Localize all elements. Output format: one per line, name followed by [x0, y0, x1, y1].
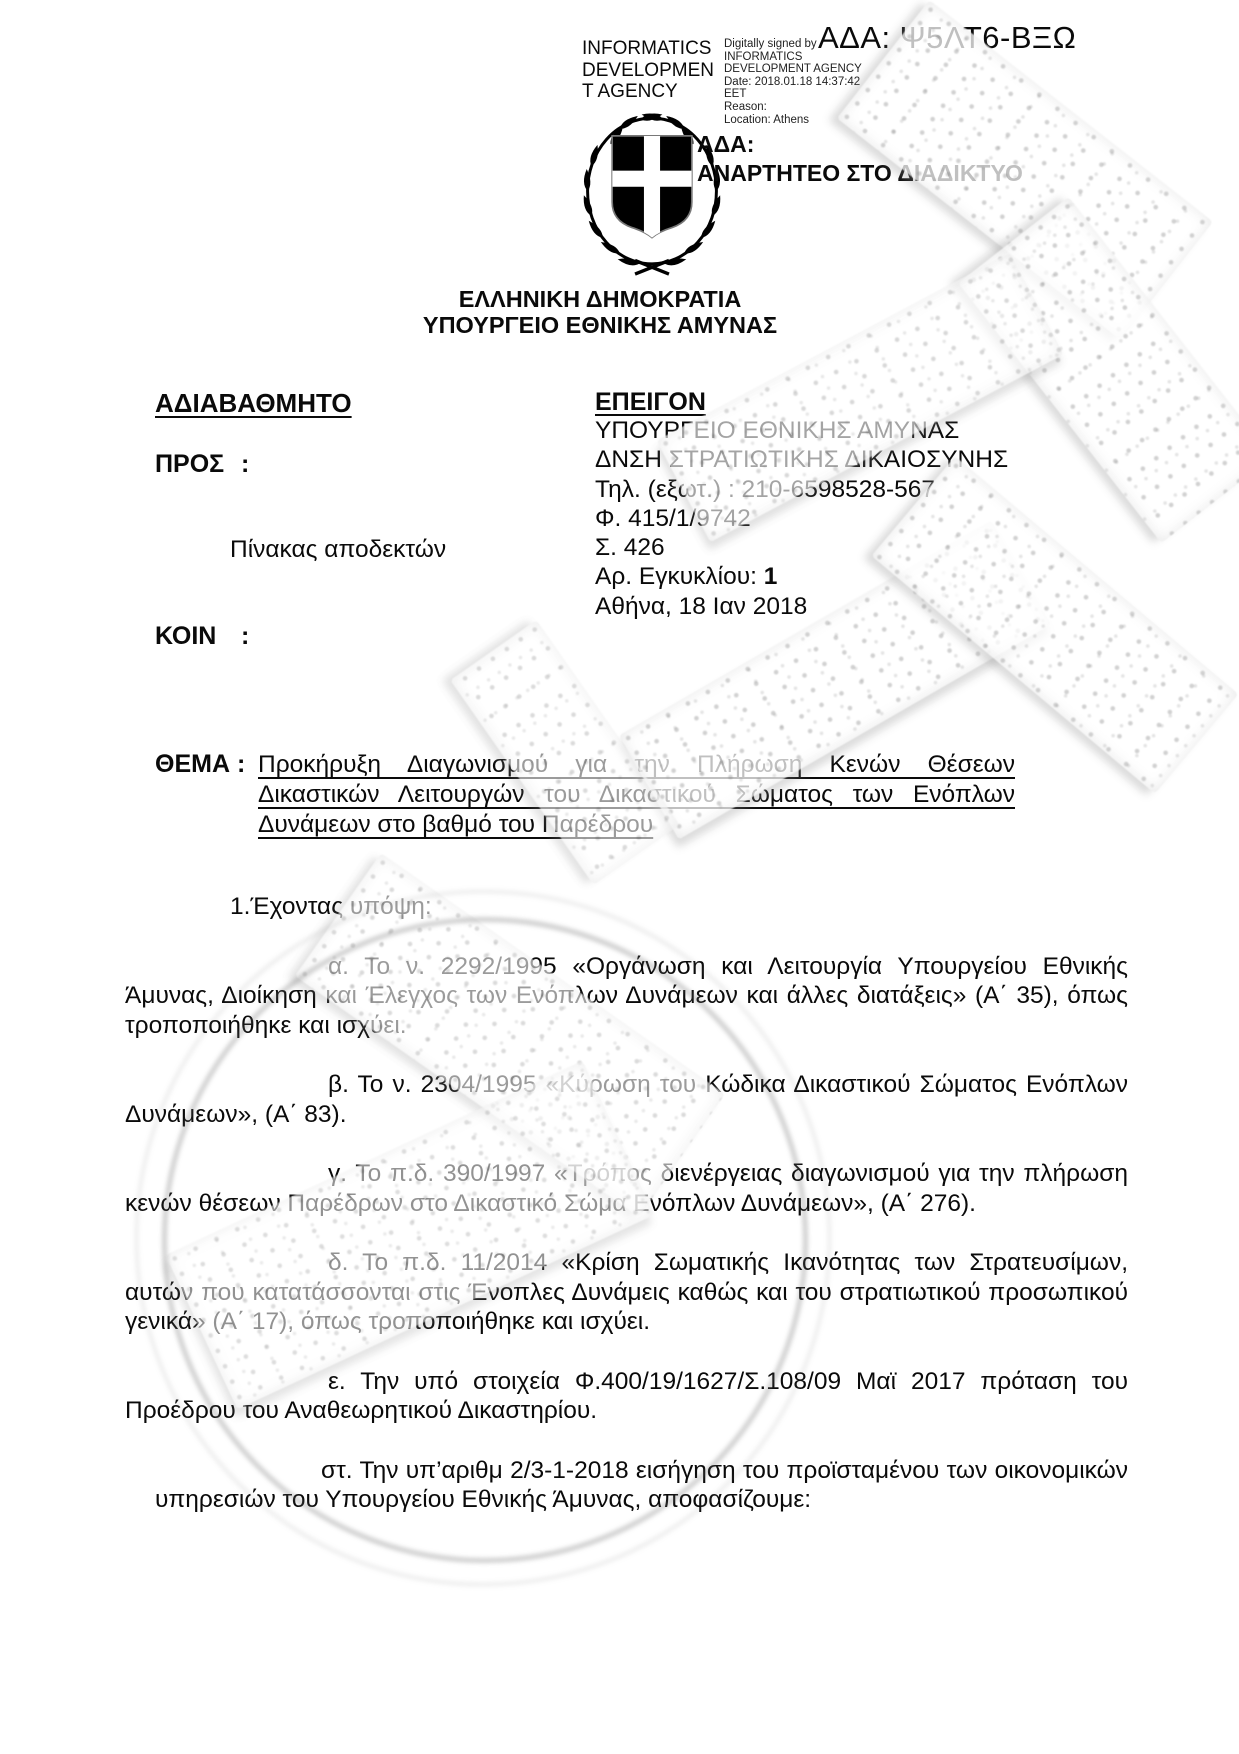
sender-info-block: ΥΠΟΥΡΓΕΙΟ ΕΘΝΙΚΗΣ ΑΜΥΝΑΣ ΔΝΣΗ ΣΤΡΑΤΙΩΤΙΚ…: [595, 416, 1008, 621]
body-paragraph-d: δ. Το π.δ. 11/2014 «Κρίση Σωματικής Ικαν…: [125, 1248, 1128, 1337]
circular-number-value: 1: [764, 563, 778, 590]
to-colon: :: [241, 450, 249, 478]
body-paragraph-c: γ. Το π.δ. 390/1997 «Τρόπος διενέργειας …: [125, 1159, 1128, 1218]
body-paragraph-a: α. Το ν. 2292/1995 «Οργάνωση και Λειτουρ…: [125, 952, 1128, 1041]
sender-ministry: ΥΠΟΥΡΓΕΙΟ ΕΘΝΙΚΗΣ ΑΜΥΝΑΣ: [595, 416, 1008, 445]
serial-number: Σ. 426: [595, 533, 1008, 562]
date-line: Αθήνα, 18 Ιαν 2018: [595, 592, 1008, 621]
cc-label: ΚΟΙΝ:: [155, 622, 249, 651]
signature-details: Digitally signed by INFORMATICS DEVELOPM…: [724, 38, 862, 126]
subject-label: ΘΕΜΑ:: [155, 750, 245, 779]
subject-colon: :: [237, 750, 245, 778]
sender-phone: Τηλ. (εξωτ.) : 210-6598528-567: [595, 475, 1008, 504]
to-label: ΠΡΟΣ:: [155, 450, 249, 479]
body-intro: 1.Έχοντας υπόψη:: [125, 892, 1128, 922]
greek-coat-of-arms-icon: [566, 102, 738, 280]
document-page: ΑΔΑ: Ψ5ΛΤ6-ΒΞΩ INFORMATICS DEVELOPMEN T …: [0, 0, 1239, 1754]
circular-number-label: Αρ. Εγκυκλίου:: [595, 563, 757, 590]
publish-notice-text: ΑΝΑΡΤΗΤΕΟ ΣΤΟ ΔΙΑΔΙΚΤΥΟ: [697, 159, 1023, 188]
cc-colon: :: [241, 622, 249, 650]
subject-text: Προκήρυξη Διαγωνισμού για την Πλήρωση Κε…: [258, 750, 1015, 840]
sender-directorate: ΔΝΣΗ ΣΤΡΑΤΙΩΤΙΚΗΣ ΔΙΚΑΙΟΣΥΝΗΣ: [595, 445, 1008, 474]
circular-number-line: Αρ. Εγκυκλίου: 1: [595, 562, 1008, 591]
file-number: Φ. 415/1/9742: [595, 504, 1008, 533]
classification-label: ΑΔΙΑΒΑΘΜΗΤΟ: [155, 388, 352, 419]
body-paragraph-e: ε. Την υπό στοιχεία Φ.400/19/1627/Σ.108/…: [125, 1367, 1128, 1426]
publish-notice-block: ΑΔΑ: ΑΝΑΡΤΗΤΕΟ ΣΤΟ ΔΙΑΔΙΚΤΥΟ: [697, 130, 1023, 188]
urgency-label: ΕΠΕΙΓΟΝ: [595, 388, 706, 417]
republic-title: ΕΛΛΗΝΙΚΗ ΔΗΜΟΚΡΑΤΙΑ: [375, 286, 825, 312]
body-paragraph-b: β. Το ν. 2304/1995 «Κύρωση του Κώδικα Δι…: [125, 1070, 1128, 1129]
republic-header: ΕΛΛΗΝΙΚΗ ΔΗΜΟΚΡΑΤΙΑ ΥΠΟΥΡΓΕΙΟ ΕΘΝΙΚΗΣ ΑΜ…: [375, 286, 825, 338]
ada-label: ΑΔΑ:: [697, 130, 1023, 159]
ministry-title: ΥΠΟΥΡΓΕΙΟ ΕΘΝΙΚΗΣ ΑΜΥΝΑΣ: [375, 312, 825, 338]
recipients-text: Πίνακας αποδεκτών: [230, 536, 446, 564]
document-body: 1.Έχοντας υπόψη: α. Το ν. 2292/1995 «Οργ…: [125, 892, 1128, 1545]
body-paragraph-st: στ. Την υπ’αριθμ 2/3-1-2018 εισήγηση του…: [155, 1456, 1128, 1515]
